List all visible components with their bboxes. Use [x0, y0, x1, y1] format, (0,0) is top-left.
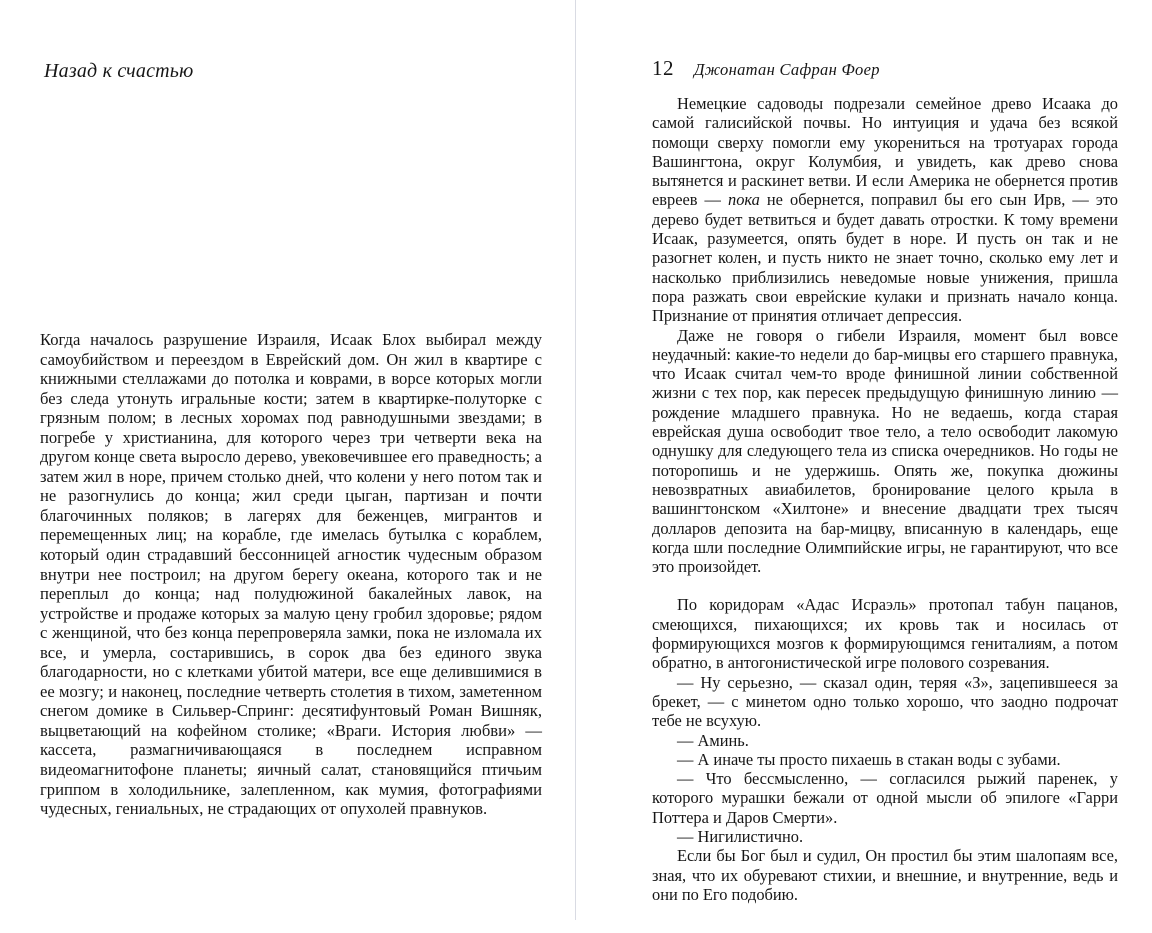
paragraph: Если бы Бог был и судил, Он простил бы э… [652, 846, 1118, 904]
dialogue-line: — Нигилистично. [652, 827, 1118, 846]
right-running-header: 12 Джонатан Сафран Фоер [652, 56, 880, 81]
paragraph-emphasis: пока [728, 190, 760, 209]
dialogue-line: — А иначе ты просто пихаешь в стакан вод… [652, 750, 1118, 769]
right-page-body: Немецкие садоводы подрезали семейное дре… [652, 94, 1118, 904]
left-page-body: Когда началось разрушение Израиля, Исаак… [40, 330, 542, 819]
page-number: 12 [652, 56, 674, 81]
left-running-title: Назад к счастью [44, 60, 193, 83]
book-page-left: Назад к счастью Когда началось разрушени… [40, 0, 542, 933]
dialogue-line: — Что бессмысленно, — согласился рыжий п… [652, 769, 1118, 827]
page-gutter-divider [575, 0, 576, 920]
paragraph: Немецкие садоводы подрезали семейное дре… [652, 94, 1118, 326]
paragraph: По коридорам «Адас Исраэль» протопал таб… [652, 595, 1118, 672]
paragraph: Даже не говоря о гибели Израиля, момент … [652, 326, 1118, 577]
paragraph-text: не обернется, поправил бы его сын Ирв, —… [652, 190, 1118, 325]
right-running-title-author: Джонатан Сафран Фоер [694, 60, 880, 80]
dialogue-line: — Аминь. [652, 731, 1118, 750]
dialogue-line: — Ну серьезно, — сказал один, теряя «З»,… [652, 673, 1118, 731]
book-page-right: 12 Джонатан Сафран Фоер Немецкие садовод… [652, 0, 1118, 933]
left-body-paragraph: Когда началось разрушение Израиля, Исаак… [40, 330, 542, 819]
